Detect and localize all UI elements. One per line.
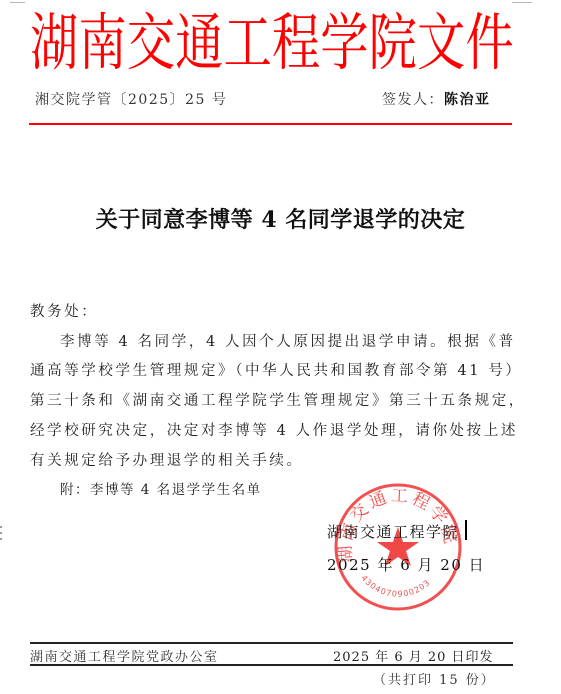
masthead-char: 通	[175, 6, 223, 80]
signing-organization: 湖南交通工程学院	[327, 521, 459, 542]
body-line: 第三十条和《湖南交通工程学院学生管理规定》第三十五条规定，	[30, 389, 526, 410]
official-seal-icon: 湖南交通工程学院 4304070900203	[333, 482, 463, 612]
body-line: 李博等 4 名同学，4 人因个人原因提出退学申请。根据《普	[60, 330, 516, 351]
masthead-char: 交	[127, 6, 175, 80]
margin-mark	[0, 526, 2, 528]
footer-issue-date: 2025 年 6 月 20 日印发	[333, 646, 494, 665]
attachment-note: 附：李博等 4 名退学学生名单	[60, 478, 262, 498]
crop-mark-top-left	[10, 0, 25, 3]
svg-text:4304070900203: 4304070900203	[359, 573, 432, 598]
salutation: 教务处：	[30, 300, 98, 321]
copies-count: （共打印 15 份）	[373, 669, 496, 688]
signing-date: 2025 年 6 月 20 日	[327, 554, 485, 575]
body-line: 经学校研究决定，决定对李博等 4 人作退学处理，请你处按上述	[30, 419, 518, 440]
signer-label: 签发人：	[382, 92, 444, 108]
masthead-char: 工	[223, 6, 271, 80]
signer-name: 陈治亚	[444, 92, 491, 108]
body-line: 通高等学校学生管理规定》（中华人民共和国教育部令第 41 号）	[30, 359, 523, 380]
seal-code: 4304070900203	[359, 573, 432, 598]
masthead-char: 学	[320, 6, 368, 80]
signer: 签发人：陈治亚	[382, 89, 491, 109]
red-separator-line	[29, 123, 512, 125]
crop-mark-top-right	[512, 0, 532, 3]
document-number: 湘交院学管〔2025〕25 号	[35, 89, 227, 109]
text-cursor	[465, 520, 467, 540]
document-masthead: 湖 南 交 通 工 程 学 院 文 件	[30, 6, 514, 80]
footer-rule-bottom	[30, 664, 513, 666]
footer-rule-top	[30, 642, 513, 644]
masthead-char: 文	[417, 6, 465, 80]
masthead-char: 湖	[30, 6, 78, 80]
footer-issuer: 湖南交通工程学院党政办公室	[30, 646, 219, 665]
margin-mark	[0, 538, 2, 540]
masthead-char: 件	[465, 6, 513, 80]
body-line: 有关规定给予办理退学的相关手续。	[30, 449, 304, 470]
masthead-char: 南	[78, 6, 126, 80]
document-title: 关于同意李博等 4 名同学退学的决定	[0, 203, 561, 234]
margin-mark	[0, 532, 2, 534]
masthead-char: 院	[369, 6, 417, 80]
masthead-char: 程	[272, 6, 320, 80]
